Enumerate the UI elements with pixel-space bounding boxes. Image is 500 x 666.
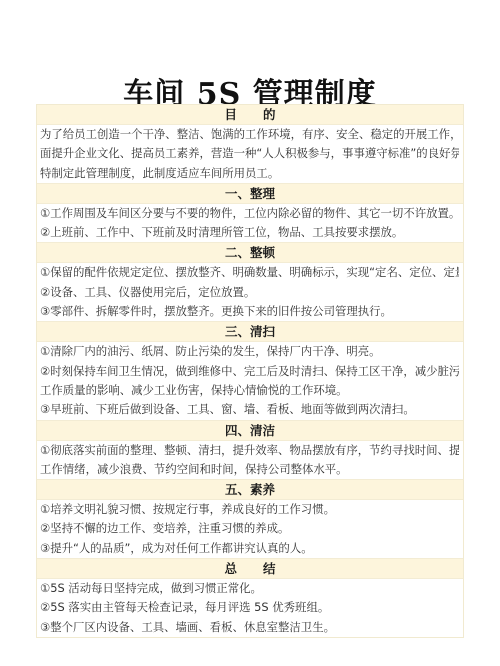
- body-line: 特制定此管理制度，此制度适应车间所用员工。: [40, 164, 459, 183]
- heading-char: 总: [224, 561, 237, 576]
- heading-char: 目: [224, 107, 237, 122]
- section-heading-purpose: 目的: [37, 105, 463, 125]
- section-body-standardize: ①彻底落实前面的整理、整顿、清扫，提升效率、物品摆放有序，节约寻找时间、提高 工…: [37, 441, 463, 481]
- regulation-table: 目的 为了给员工创造一个干净、整洁、饱满的工作环境，有序、安全、稳定的开展工作，…: [36, 104, 464, 638]
- body-line: ③零部件、拆解零件时，摆放整齐。更换下来的旧件按公司管理执行。: [40, 302, 459, 321]
- body-line: ①5S 活动每日坚持完成，做到习惯正常化。: [40, 579, 459, 598]
- section-body-sustain: ①培养文明礼貌习惯、按规定行事，养成良好的工作习惯。 ②坚持不懈的边工作、变培养…: [37, 500, 463, 559]
- body-line: 面提升企业文化、提高员工素养，营造一种“人人积极参与，事事遵守标准”的良好氛围。: [40, 144, 459, 163]
- section-heading-sustain: 五、素养: [37, 480, 463, 500]
- body-line: 工作情绪，减少浪费、节约空间和时间，保持公司整体水平。: [40, 460, 459, 479]
- body-line: ②上班前、工作中、下班前及时清理所管工位，物品、工具按要求摆放。: [40, 223, 459, 242]
- body-line: ①培养文明礼貌习惯、按规定行事，养成良好的工作习惯。: [40, 500, 459, 519]
- section-body-sort: ①工作周围及车间区分要与不要的物件，工位内除必留的物件、其它一切不许放置。 ②上…: [37, 204, 463, 244]
- section-body-set-in-order: ①保留的配件依规定定位、摆放整齐、明确数量、明确标示，实现“定名、定位、定量”。…: [37, 263, 463, 322]
- body-line: ②坚持不懈的边工作、变培养，注重习惯的养成。: [40, 519, 459, 538]
- section-heading-set-in-order: 二、整顿: [37, 243, 463, 263]
- body-line: ③整个厂区内设备、工具、墙画、看板、休息室整洁卫生。: [40, 618, 459, 637]
- body-line: 工作质量的影响、减少工业伤害，保持心情愉悦的工作环境。: [40, 381, 459, 400]
- body-line: ②设备、工具、仪器使用完后，定位放置。: [40, 283, 459, 302]
- body-line: ②5S 落实由主管每天检查记录，每月评选 5S 优秀班组。: [40, 598, 459, 617]
- section-body-purpose: 为了给员工创造一个干净、整洁、饱满的工作环境，有序、安全、稳定的开展工作，全 面…: [37, 125, 463, 184]
- body-line: ①保留的配件依规定定位、摆放整齐、明确数量、明确标示，实现“定名、定位、定量”。: [40, 263, 459, 282]
- section-body-summary: ①5S 活动每日坚持完成，做到习惯正常化。 ②5S 落实由主管每天检查记录，每月…: [37, 579, 463, 637]
- section-body-shine: ①清除厂内的油污、纸屑、防止污染的发生，保持厂内干净、明亮。 ②时刻保持车间卫生…: [37, 342, 463, 420]
- body-line: ③早班前、下班后做到设备、工具、窗、墙、看板、地面等做到两次清扫。: [40, 400, 459, 419]
- section-heading-sort: 一、整理: [37, 184, 463, 204]
- section-heading-summary: 总结: [37, 559, 463, 579]
- body-line: 为了给员工创造一个干净、整洁、饱满的工作环境，有序、安全、稳定的开展工作，全: [40, 125, 459, 144]
- body-line: ①彻底落实前面的整理、整顿、清扫，提升效率、物品摆放有序，节约寻找时间、提高: [40, 441, 459, 460]
- heading-char: 结: [263, 561, 276, 576]
- heading-char: 的: [263, 107, 276, 122]
- section-heading-standardize: 四、清洁: [37, 421, 463, 441]
- body-line: ①工作周围及车间区分要与不要的物件，工位内除必留的物件、其它一切不许放置。: [40, 204, 459, 223]
- body-line: ①清除厂内的油污、纸屑、防止污染的发生，保持厂内干净、明亮。: [40, 342, 459, 361]
- body-line: ③提升“人的品质”，成为对任何工作都讲究认真的人。: [40, 539, 459, 558]
- section-heading-shine: 三、清扫: [37, 322, 463, 342]
- body-line: ②时刻保持车间卫生情况，做到维修中、完工后及时清扫、保持工区干净，减少脏污对: [40, 362, 459, 381]
